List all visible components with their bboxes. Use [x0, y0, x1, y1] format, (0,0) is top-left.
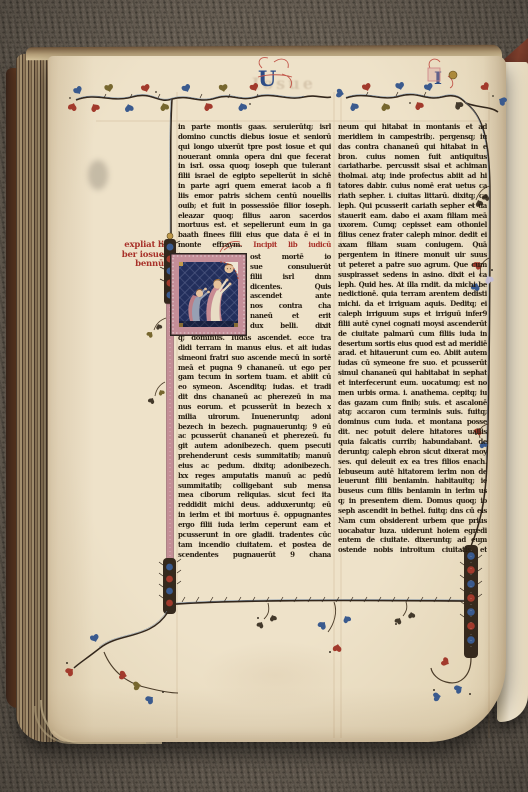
text-line: milia uirorum. Inueneruntq; adoni — [178, 412, 331, 422]
text-line: men urbis orma. i. anathema. cepitq; iu — [338, 388, 487, 398]
ornament-shape — [204, 288, 207, 291]
text-line: sue consuluerūt — [250, 262, 331, 272]
text-line: Nam cum obsiderent urbem que prius — [338, 516, 487, 526]
text-line: nedictionē. quia terram arentem dedisti — [338, 289, 487, 299]
col1-lower-lines: q; dominus. Iudas ascendet. ecce tradidi… — [178, 333, 331, 559]
ornament-shape — [230, 268, 231, 269]
text-line: eo symeon. Ascenditq; iudas. et tradi — [178, 382, 331, 392]
text-line: ses. qui deleuit ex ea tres filios enach… — [338, 457, 487, 467]
text-line: in ierlm et ibi mortuus ē. oppugnantes — [178, 510, 331, 520]
text-line: ostende nobis introitum ciuitatis. et — [338, 545, 487, 555]
text-line: in isrl. ossa quoq; ioseph que tulerant — [178, 161, 331, 171]
text-line: naneū et erit — [250, 311, 331, 321]
text-line: dux belli. dixit — [250, 321, 331, 331]
text-line: summitatib; colligebant sub mensa — [178, 481, 331, 491]
text-line: filius cenez frater caleph minor. dedit … — [338, 230, 487, 240]
text-line: ac pcusserūt chananeū et pherezeū. fu — [178, 431, 331, 441]
text-line: nus eorum. et pcusserūt in bezech x — [178, 402, 331, 412]
text-line: filii autē cynei cognati moysi ascenderū… — [338, 319, 487, 329]
text-line: eleazar quoq; filius aaron sacerdos — [178, 211, 331, 221]
text-line: Iebuseum autē hitatorem ierlm non de — [338, 467, 487, 477]
text-line: in parte montis gaas. seruierūtq; isrl — [178, 122, 331, 132]
text-line: prehenderunt cesis summitatib; manuū — [178, 451, 331, 461]
ornament-shape — [226, 279, 229, 282]
text-line: scendentes pugnauerūt 9 chana — [178, 550, 331, 560]
text-line: uocabatur luza. uiderunt hoiem egredi — [338, 526, 487, 536]
text-line: caleph irriguum sups et irriguū infer9 — [338, 309, 487, 319]
text-line: leph. Qui pcusserit cariath sepher et ua — [338, 201, 487, 211]
ornament-shape — [229, 283, 232, 286]
text-line: das gazam cum finib; suis. et ascalonē — [338, 398, 487, 408]
text-line: cariatharbe. percussit sisai et achiman — [338, 161, 487, 171]
text-line: dicentes. Quis — [250, 282, 331, 292]
text-line: ut peteret a patre suo agrum. Que cum — [338, 260, 487, 270]
running-title-letter-right: I — [434, 69, 442, 89]
text-line: ost mortē io — [250, 252, 331, 262]
text-line: lxx reges amputatis manuū ac pedū — [178, 471, 331, 481]
text-line: deruntq; caleph ebron sicut dixerat moy — [338, 447, 487, 457]
text-line: dit dns chananeū ac pherezeū in ma — [178, 392, 331, 402]
text-line: mea ciborum reliquias. sicut feci ita — [178, 490, 331, 500]
text-line: meridiem in campestrib;. pergensq; iu — [338, 132, 487, 142]
text-line: tam incendio ciuitatem. et postea de — [178, 540, 331, 550]
text-line: in parte agri quem emerat iacob a fi — [178, 181, 331, 191]
text-line: axam filiam suam coniugem. Quā — [338, 240, 487, 250]
text-line: dominus cum iuda. et montana posse — [338, 417, 487, 427]
historiated-initial-miniature — [170, 253, 247, 336]
text-line: quia falcatis currib; habundabant. de — [338, 437, 487, 447]
text-line: didi terram in manus eius. et ait iudas — [178, 343, 331, 353]
text-line: pcusserunt in ore gladii. tradentes cūc — [178, 530, 331, 540]
manuscript-photo: Iosue U I — [0, 0, 528, 792]
text-column-2: neum qui hitabat in montanis et admeridi… — [338, 122, 487, 555]
incipit-rubric: Incipit lib iudicū — [253, 240, 331, 249]
text-line: filii israel de egipto sepelierūt in sic… — [178, 171, 331, 181]
text-line: suspirasset sedens in asino. dixit ei ca — [338, 270, 487, 280]
col1-upper-lines: in parte montis gaas. seruierūtq; isrldo… — [178, 122, 331, 240]
text-line: das contra chananeū qui hitabat in e — [338, 142, 487, 152]
text-line: leph. Quid hes. At illa rndit. da michi … — [338, 280, 487, 290]
text-line: et interfecerunt eum. uocatumq; est no — [338, 378, 487, 388]
ornament-shape — [179, 262, 183, 266]
text-line: leuerunt filii beniamin. habitauitq; ie — [338, 476, 487, 486]
text-line: reddidit michi deus. adduxeruntq; eū — [178, 500, 331, 510]
text-line: ergo filii iuda ierlm ceperunt eam et — [178, 520, 331, 530]
text-line: gam tecum in sortem tuam. et abiit cū — [178, 372, 331, 382]
text-line: buseus cum filiis beniamin in ierlm us — [338, 486, 487, 496]
text-line: bennū — [92, 260, 164, 270]
ornament-shape — [207, 291, 210, 294]
ornament-shape — [213, 280, 221, 288]
text-line: eius ac pedum. dixitq; adonibezech. — [178, 461, 331, 471]
text-line: liis emor patris sichem centū nouellis — [178, 191, 331, 201]
text-line: arad. et hitauerunt cum eo. Abiit autem — [338, 348, 487, 358]
text-line: atq; accaron cum terminis suis. fuitq; — [338, 407, 487, 417]
miniature-art — [170, 253, 247, 336]
text-line: neum qui hitabat in montanis et ad — [338, 122, 487, 132]
text-line: filii isrl dnm — [250, 272, 331, 282]
page-corner-curl — [34, 706, 146, 744]
text-line: simeoni fratri suo ascende mecū in sortē — [178, 353, 331, 363]
text-line: baath finees filii eius que data ē ei in — [178, 230, 331, 240]
text-line: nos contra cha — [250, 301, 331, 311]
text-line: tatores dabir. cuius nomē erat uetus ca — [338, 181, 487, 191]
text-line: de ciuitate palmarū cum filiis iuda in — [338, 329, 487, 339]
text-line: seph ascendit in bethel. fuitq; dns cū e… — [338, 506, 487, 516]
text-line: bezech in bezech. pugnaueruntq; 9 eū — [178, 422, 331, 432]
text-line: monte effraym. Incipit lib iudicū — [178, 240, 331, 250]
text-line: q; in presentem diem. Domus quoq; io — [338, 496, 487, 506]
text-line: meā et pugna 9 chananeū. ut ego per — [178, 363, 331, 373]
text-line: git autem adonibezech. quem psecuti — [178, 441, 331, 451]
text-line: domino cunctis diebus iosue et seniorū — [178, 132, 331, 142]
text-line: riath sepher. i. ciuitas littarū. dixitq… — [338, 191, 487, 201]
ornament-shape — [227, 268, 228, 269]
text-line: qui longo uixerūt tpre post iosue et qui — [178, 142, 331, 152]
text-line: ouib; et fuit in possessiōe filior iosep… — [178, 201, 331, 211]
text-line: mortuus est. et sepelierunt eum in ga — [178, 220, 331, 230]
explicit-text: monte effraym. — [178, 240, 253, 249]
text-line: bron. cuius nomen fuit antiquitus — [338, 152, 487, 162]
text-line: nouerant omnia opera dni que fecerat — [178, 152, 331, 162]
text-line: ascendet ante — [250, 291, 331, 301]
text-line: entem de ciuitate. dixeruntq; ad eum — [338, 535, 487, 545]
text-line: dit. nec potuit delere hitatores uallis — [338, 427, 487, 437]
text-line: pergentem in itinere monuit uir suus — [338, 250, 487, 260]
text-line: stauerit eam. dabo ei axam filiam meā — [338, 211, 487, 221]
text-line: tholmai. atq; inde profectus abiit ad hi — [338, 171, 487, 181]
margin-rubric: expliat liber iosuebennū — [92, 241, 164, 270]
text-line: michi. da et irriguam aquis. Deditq; ei — [338, 299, 487, 309]
text-line: simul chananeū qui habitabat in sephat — [338, 368, 487, 378]
text-column-1: in parte montis gaas. seruierūtq; isrldo… — [178, 122, 331, 559]
running-title-letter-left: U — [258, 66, 276, 91]
ornament-shape — [179, 321, 238, 327]
text-line: iudas cū symeone fre suo. et pcusserūt — [338, 358, 487, 368]
text-line: desertum sortis eius quod est ad meridiē — [338, 339, 487, 349]
text-line: uxorem. Cumq; cepisset eam othoniel — [338, 220, 487, 230]
